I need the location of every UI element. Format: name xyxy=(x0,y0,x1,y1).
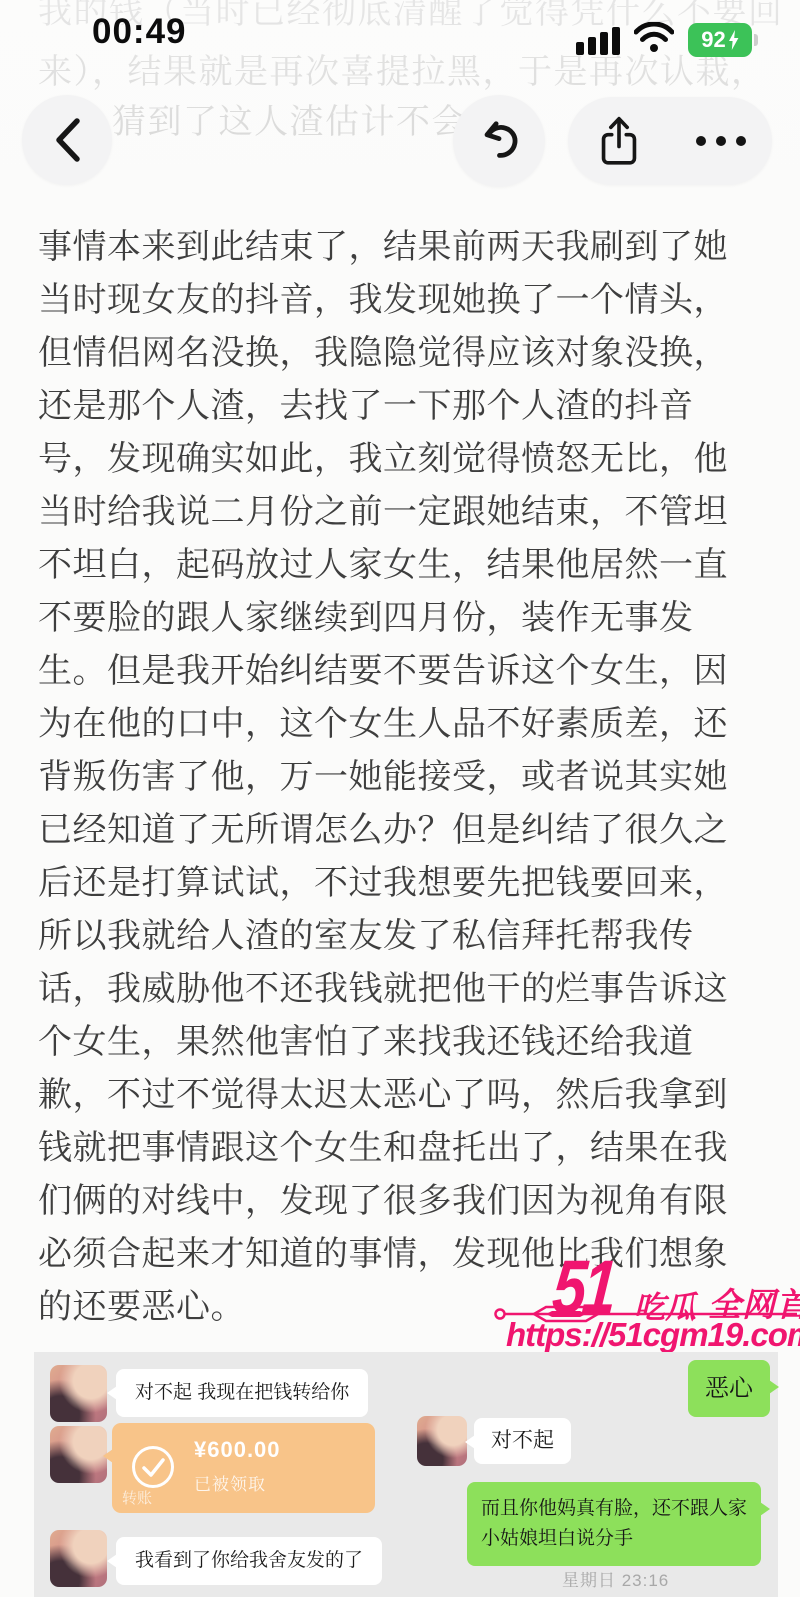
chat-message: 而且你他妈真有脸，还不跟人家 小姑娘坦白说分手 xyxy=(481,1498,747,1549)
avatar xyxy=(50,1426,107,1483)
article-line: 为在他的口中，这个女生人品不好素质差，还 xyxy=(38,698,728,751)
article-line: 当时现女友的抖音，我发现她换了一个情头， xyxy=(38,274,728,327)
undo-arrow-icon xyxy=(476,118,522,164)
share-button[interactable] xyxy=(568,97,670,185)
article-line: 后还是打算试试，不过我想要先把钱要回来， xyxy=(38,857,728,910)
charging-bolt-icon xyxy=(728,30,739,50)
cellular-signal-icon xyxy=(576,26,620,55)
transfer-amount: ¥600.00 xyxy=(194,1437,281,1463)
article-line: 但情侣网名没换，我隐隐觉得应该对象没换， xyxy=(38,327,728,380)
avatar xyxy=(417,1416,467,1466)
article-line: 背叛伤害了他，万一她能接受，或者说其实她 xyxy=(38,751,728,804)
back-button[interactable] xyxy=(22,95,112,185)
chat-message: 对不起 我现在把钱转给你 xyxy=(135,1382,349,1403)
article-line: 号，发现确实如此，我立刻觉得愤怒无比，他 xyxy=(38,433,728,486)
article-line: 个女生，果然他害怕了来找我还钱还给我道 xyxy=(38,1016,728,1069)
article-line: 话，我威胁他不还我钱就把他干的烂事告诉这 xyxy=(38,963,728,1016)
wechat-transfer-card: ¥600.00 已被领取 转账 xyxy=(112,1423,375,1513)
article-line: 不要脸的跟人家继续到四月份，装作无事发 xyxy=(38,592,728,645)
share-icon xyxy=(599,115,639,167)
status-time: 00:49 xyxy=(92,12,187,52)
article-line: 钱就把事情跟这个女生和盘托出了，结果在我 xyxy=(38,1122,728,1175)
article-line: 事情本来到此结束了，结果前两天我刷到了她 xyxy=(38,221,728,274)
screenshot-root: 我的钱（当时已经彻底清醒了觉得凭什么不要回 来），结果就是再次喜提拉黑，于是再次… xyxy=(0,0,800,1597)
wifi-icon xyxy=(634,22,674,58)
chat-message: 恶心 xyxy=(705,1375,753,1402)
undo-button[interactable] xyxy=(453,95,545,187)
chat-bubble-sent: 恶心 xyxy=(688,1360,770,1417)
article-line: 必须合起来才知道的事情，发现他比我们想象 xyxy=(38,1228,728,1281)
transfer-status: 已被领取 xyxy=(194,1470,266,1495)
battery-indicator: 92 xyxy=(688,23,752,57)
watermark-url: https://51cgm19.com xyxy=(506,1316,800,1354)
ellipsis-icon xyxy=(691,136,751,146)
transfer-label: 转账 xyxy=(122,1487,152,1508)
chat-timestamp: 星期日 23:16 xyxy=(562,1566,669,1591)
chat-bubble-sent: 而且你他妈真有脸，还不跟人家 小姑娘坦白说分手 xyxy=(467,1482,761,1566)
chat-bubble-received: 对不起 我现在把钱转给你 xyxy=(116,1369,368,1417)
toolbar-pill xyxy=(568,97,772,185)
avatar xyxy=(50,1365,107,1422)
article-line: 生。但是我开始纠结要不要告诉这个女生，因 xyxy=(38,645,728,698)
article-line: 歉，不过不觉得太迟太恶心了吗，然后我拿到 xyxy=(38,1069,728,1122)
article-line: 已经知道了无所谓怎么办？但是纠结了很久之 xyxy=(38,804,728,857)
article-line: 所以我就给人渣的室友发了私信拜托帮我传 xyxy=(38,910,728,963)
chat-bubble-received: 我看到了你给我舍友发的了 xyxy=(116,1537,382,1585)
chat-message: 我看到了你给我舍友发的了 xyxy=(135,1550,363,1571)
more-button[interactable] xyxy=(670,97,772,185)
battery-percent: 92 xyxy=(701,27,725,53)
status-bar-right: 92 xyxy=(576,22,752,58)
article-line: 们俩的对线中，发现了很多我们因为视角有限 xyxy=(38,1175,728,1228)
article-line: 还是那个人渣，去找了一下那个人渣的抖音 xyxy=(38,380,728,433)
article-line: 当时给我说二月份之前一定跟她结束，不管坦 xyxy=(38,486,728,539)
chevron-left-icon xyxy=(53,117,81,163)
avatar xyxy=(50,1530,107,1587)
chat-message: 对不起 xyxy=(491,1429,554,1452)
chat-bubble-received: 对不起 xyxy=(474,1418,571,1464)
article-text: 事情本来到此结束了，结果前两天我刷到了她 当时现女友的抖音，我发现她换了一个情头… xyxy=(38,221,728,1334)
article-line: 不坦白，起码放过人家女生，结果他居然一直 xyxy=(38,539,728,592)
chat-screenshot: 对不起 我现在把钱转给你 恶心 ¥600.00 已被领取 转账 对不起 而且你他… xyxy=(34,1352,778,1597)
